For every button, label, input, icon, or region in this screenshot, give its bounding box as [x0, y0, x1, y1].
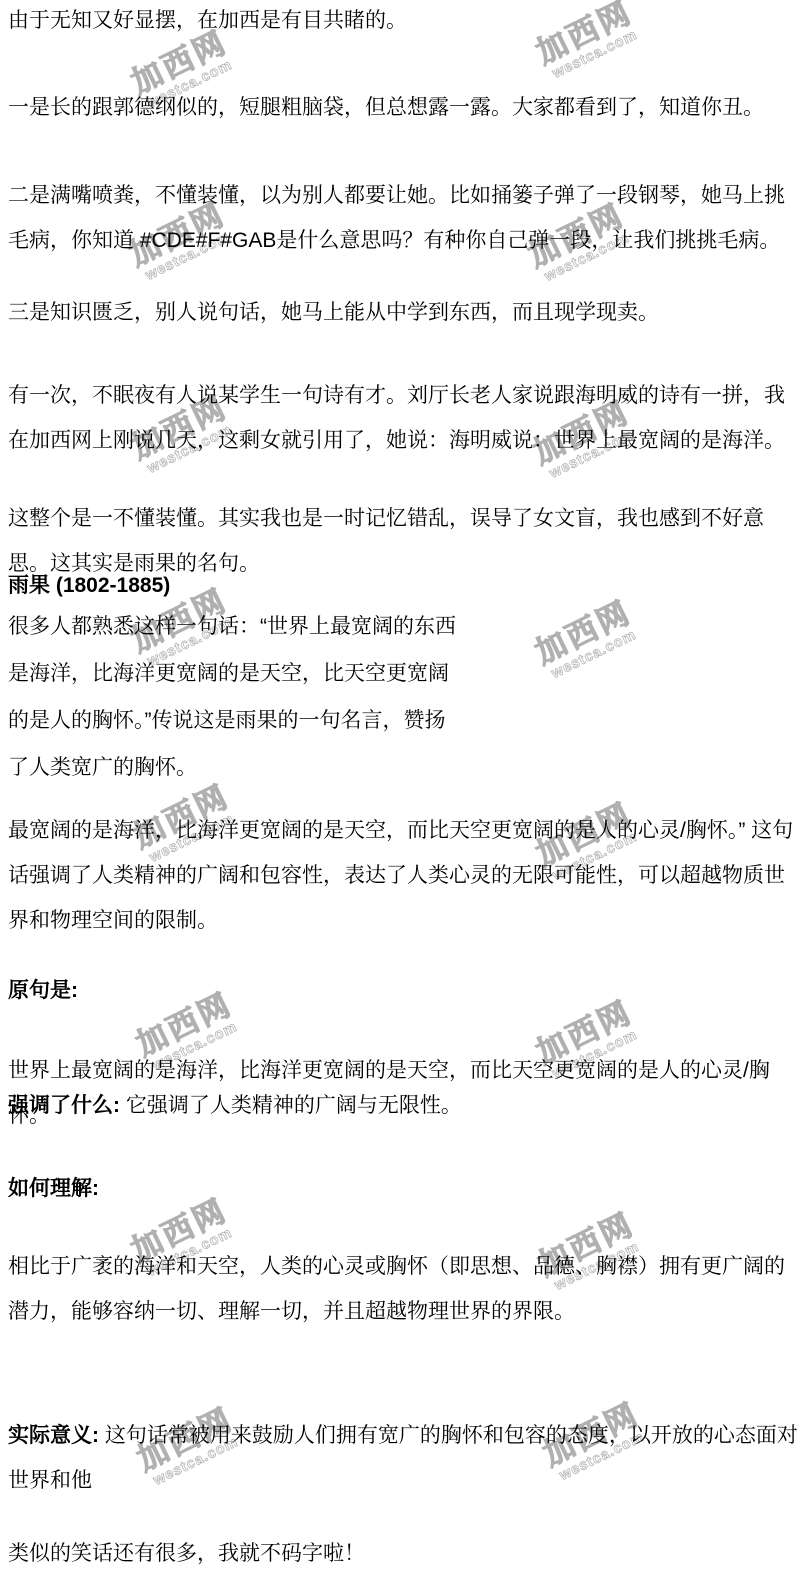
paragraph-interpretation: 相比于广袤的海洋和天空，人类的心灵或胸怀（即思想、品德、胸襟）拥有更广阔的潜力，…: [8, 1244, 800, 1334]
paragraph-point-three: 三是知识匮乏，别人说句话，她马上能从中学到东西，而且现学现卖。: [8, 290, 800, 335]
practical-label: 实际意义:: [8, 1424, 99, 1447]
watermark-site-url: westca.com: [550, 628, 639, 681]
paragraph-practical: 实际意义: 这句话常被用来鼓励人们拥有宽广的胸怀和包容的态度，以开放的心态面对世…: [8, 1413, 800, 1503]
paragraph-intro: 由于无知又好显摆，在加西是有目共睹的。: [8, 0, 800, 43]
paragraph-closing: 类似的笑话还有很多，我就不码字啦！: [8, 1531, 800, 1576]
original-sentence-heading: 原句是:: [8, 968, 800, 1013]
paragraph-emphasis: 强调了什么: 它强调了人类精神的广阔与无限性。: [8, 1083, 800, 1128]
paragraph-point-two: 二是满嘴喷粪，不懂装懂，以为别人都要让她。比如捅篓子弹了一段钢琴，她马上挑毛病，…: [8, 173, 800, 263]
emphasis-text: 它强调了人类精神的广阔与无限性。: [120, 1094, 462, 1117]
paragraph-hugo-quote: 很多人都熟悉这样一句话：“世界上最宽阔的东西是海洋，比海洋更宽阔的是天空，比天空…: [8, 603, 460, 791]
practical-text: 这句话常被用来鼓励人们拥有宽广的胸怀和包容的态度，以开放的心态面对世界和他: [8, 1424, 798, 1492]
hugo-heading: 雨果 (1802-1885): [8, 563, 800, 608]
paragraph-anecdote: 有一次，不眠夜有人说某学生一句诗有才。刘厅长老人家说跟海明威的诗有一拼，我在加西…: [8, 373, 800, 463]
how-to-understand-heading: 如何理解:: [8, 1166, 800, 1211]
paragraph-point-one: 一是长的跟郭德纲似的，短腿粗脑袋，但总想露一露。大家都看到了，知道你丑。: [8, 85, 800, 130]
emphasis-label: 强调了什么:: [8, 1094, 120, 1117]
paragraph-quote-meaning: 最宽阔的是海洋，比海洋更宽阔的是天空，而比天空更宽阔的是人的心灵/胸怀。” 这句…: [8, 808, 800, 943]
article: 加西网westca.com加西网westca.com加西网westca.com加…: [0, 0, 800, 1576]
